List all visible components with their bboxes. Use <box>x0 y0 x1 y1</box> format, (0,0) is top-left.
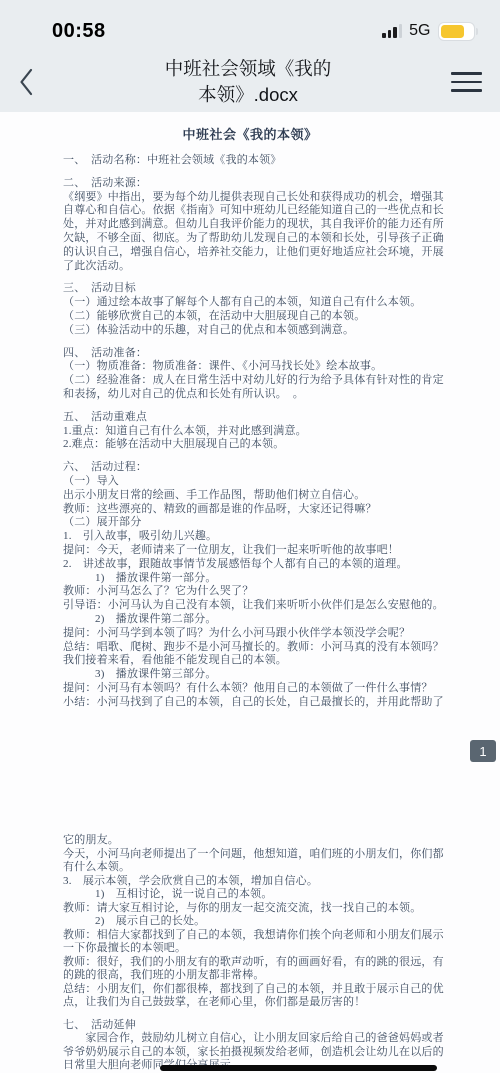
battery-icon <box>438 22 479 41</box>
chevron-left-icon <box>18 68 33 96</box>
doc-line: （一）通过绘本故事了解每个人都有自己的本领，知道自己有什么本领。 <box>63 296 437 310</box>
title-line-1: 中班社会领域《我的 <box>48 56 448 82</box>
doc-blank-line <box>63 402 437 411</box>
menu-button[interactable] <box>448 72 482 92</box>
back-button[interactable] <box>18 68 48 96</box>
doc-line: 小结：小河马找到了自己的本领，自己的长处，自己最擅长的，并用此帮助了 <box>63 696 437 710</box>
doc-line: （一）导入 <box>63 475 437 489</box>
doc-line: 了此次活动。 <box>63 260 437 274</box>
doc-line: 《纲要》中指出，要为每个幼儿提供表现自己长处和获得成功的机会，增强其 <box>63 191 437 205</box>
doc-line: 提问：小河马学到本领了吗？为什么小河马跟小伙伴学本领没学会呢？ <box>63 627 437 641</box>
doc-line: 2) 播放课件第二部分。 <box>63 613 437 627</box>
document-scroll-area[interactable]: 中班社会《我的本领》 一、 活动名称：中班社会领域《我的本领》二、 活动来源：《… <box>0 112 500 1073</box>
doc-line: 五、 活动重难点 <box>63 411 437 425</box>
doc-line: 1.重点：知道自己有什么本领，并对此感到满意。 <box>63 425 437 439</box>
document-title: 中班社会领域《我的 本领》.docx <box>48 56 448 108</box>
doc-line: 2. 讲述故事，跟随故事情节发展感悟每个人都有自己的本领的道理。 <box>63 558 437 572</box>
status-icons: 5G <box>382 22 478 41</box>
doc-line: 提问：小河马有本领吗？有什么本领？他用自己的本领做了一件什么事情？ <box>63 682 437 696</box>
doc-line: 四、 活动准备： <box>63 347 437 361</box>
doc-line: 日常里大胆向老师同学们分享展示 <box>63 1059 437 1073</box>
doc-line: 教师：相信大家都找到了自己的本领，我想请你们挨个向老师和小朋友们展示 <box>63 929 437 943</box>
doc-line: （二）经验准备：成人在日常生活中对幼儿好的行为给予具体有针对性的肯定 <box>63 374 437 388</box>
doc-line: 1) 互相讨论，说一说自己的本领。 <box>63 888 437 902</box>
doc-line: 2) 展示自己的长处。 <box>63 915 437 929</box>
doc-line: 出示小朋友日常的绘画、手工作品图，帮助他们树立自信心。 <box>63 489 437 503</box>
doc-line: （三）体验活动中的乐趣，对自己的优点和本领感到满意。 <box>63 324 437 338</box>
doc-line: 教师：很好，我们的小朋友有的歌声动听，有的画画好看，有的跳的很远，有 <box>63 956 437 970</box>
doc-line: 1. 引入故事，吸引幼儿兴趣。 <box>63 530 437 544</box>
doc-line: 一下你最擅长的本领吧。 <box>63 942 437 956</box>
doc-line: 3) 播放课件第三部分。 <box>63 668 437 682</box>
doc-line: （二）展开部分 <box>63 516 437 530</box>
doc-line: 二、 活动来源： <box>63 177 437 191</box>
doc-line: 三、 活动目标 <box>63 282 437 296</box>
doc-line: 点，让我们为自己鼓鼓掌，在老师心里，你们都是最厉害的！ <box>63 996 437 1010</box>
doc-line: 爷爷奶奶展示自己的本领，家长拍摄视频发给老师，创造机会让幼儿在以后的 <box>63 1046 437 1060</box>
doc-line: 引导语：小河马认为自己没有本领，让我们来听听小伙伴们是怎么安慰他的。 <box>63 599 437 613</box>
status-bar: 00:58 5G <box>0 0 500 52</box>
cellular-signal-icon <box>382 24 402 38</box>
doc-line: 七、 活动延伸 <box>63 1019 437 1033</box>
doc-line: 和表扬，幼儿对自己的优点和长处有所认识。 。 <box>63 388 437 402</box>
phone-screen: 00:58 5G 中班社会领域《我的 本领》.docx <box>0 0 500 1073</box>
doc-line: 欠缺，不够全面、彻底。为了帮助幼儿发现自己的本领和长处，引导孩子正确 <box>63 232 437 246</box>
doc-line: 有什么本领。 <box>63 861 437 875</box>
doc-page-1: 中班社会《我的本领》 一、 活动名称：中班社会领域《我的本领》二、 活动来源：《… <box>0 124 500 709</box>
page-number-badge: 1 <box>470 740 496 762</box>
doc-line: 总结：小朋友们，你们都很棒，都找到了自己的本领，并且敢于展示自己的优 <box>63 983 437 997</box>
doc-line: 的认识自己，增强自信心，培养社交能力，让他们更好地适应社会环境，开展 <box>63 246 437 260</box>
title-line-2: 本领》.docx <box>48 82 448 108</box>
doc-line: 2.难点：能够在活动中大胆展现自己的本领。 <box>63 438 437 452</box>
doc-page-2: 它的朋友。今天，小河马向老师提出了一个问题，他想知道，咱们班的小朋友们，你们都有… <box>0 834 500 1073</box>
doc-line: 的跳的很高，我们班的小朋友都非常棒。 <box>63 969 437 983</box>
doc-line: 教师：请大家互相讨论，与你的朋友一起交流交流，找一找自己的本领。 <box>63 902 437 916</box>
top-bar: 00:58 5G 中班社会领域《我的 本领》.docx <box>0 0 500 112</box>
status-time: 00:58 <box>52 20 106 43</box>
doc-line: 1) 播放课件第一部分。 <box>63 572 437 586</box>
doc-line: 今天，小河马向老师提出了一个问题，他想知道，咱们班的小朋友们，你们都 <box>63 848 437 862</box>
doc-line: 3. 展示本领，学会欣赏自己的本领，增加自信心。 <box>63 875 437 889</box>
doc-line: 它的朋友。 <box>63 834 437 848</box>
doc-blank-line <box>63 338 437 347</box>
doc-line: 教师：这些漂亮的、精致的画都是谁的作品呀，大家还记得嘛？ <box>63 503 437 517</box>
ink-redaction-bar <box>160 1065 437 1071</box>
doc-line: （一）物质准备：物质准备：课件、《小河马找长处》绘本故事。 <box>63 360 437 374</box>
doc-blank-line <box>63 168 437 177</box>
doc-line: 六、 活动过程： <box>63 461 437 475</box>
doc-line: 一、 活动名称：中班社会领域《我的本领》 <box>63 154 437 168</box>
doc-line: 总结：唱歌、爬树、跑步不是小河马擅长的。教师：小河马真的没有本领吗？ <box>63 641 437 655</box>
doc-line: 我们接着来看，看他能不能发现自己的本领。 <box>63 654 437 668</box>
hamburger-icon <box>451 72 482 75</box>
doc-line: 家园合作，鼓励幼儿树立自信心，让小朋友回家后给自己的爸爸妈妈或者 <box>63 1032 437 1046</box>
doc-line: 自尊心和自信心。依据《指南》可知中班幼儿已经能知道自己的一些优点和长 <box>63 204 437 218</box>
document-header: 中班社会领域《我的 本领》.docx <box>0 52 500 112</box>
document-heading: 中班社会《我的本领》 <box>63 124 437 143</box>
doc-blank-line <box>63 452 437 461</box>
doc-line: 提问：今天，老师请来了一位朋友，让我们一起来听听他的故事吧！ <box>63 544 437 558</box>
network-type-label: 5G <box>409 22 430 40</box>
doc-blank-line <box>63 1010 437 1019</box>
doc-line: （二）能够欣赏自己的本领，在活动中大胆展现自己的本领。 <box>63 310 437 324</box>
doc-line: 处，并对此感到满意。但幼儿自我评价能力的现状，其自我评价的能力还有所 <box>63 218 437 232</box>
doc-line: 教师：小河马怎么了？它为什么哭了？ <box>63 585 437 599</box>
